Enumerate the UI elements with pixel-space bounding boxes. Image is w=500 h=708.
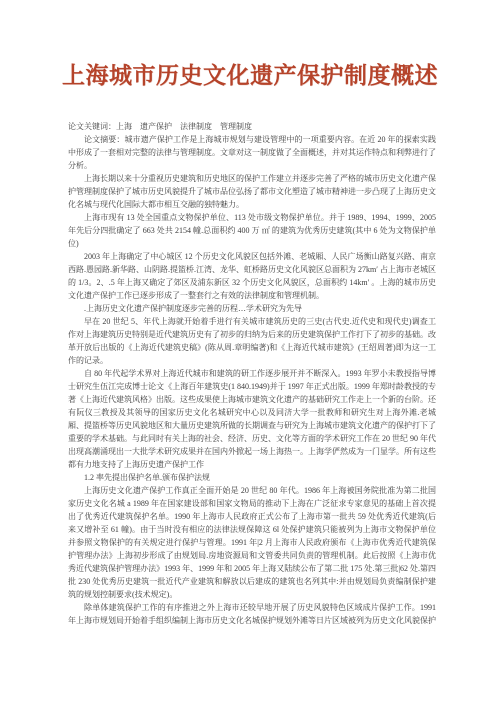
paragraph: 上海历史文化遗产保护工作真正全面开始是 20 世纪 80 年代。1986 年上海… [68, 484, 436, 601]
paragraph: 早在 20 世纪 5、年代上海就开始着手进行有关城市建筑历史的三史(古代史.近代… [68, 315, 436, 367]
paragraph: 上海市现有 13 处全国重点文物保护单位、113 处市级文物保护单位。并于 19… [68, 211, 436, 250]
paragraph: 1.2 率先提出保护名单.颁布保护法规 [68, 471, 436, 484]
paragraph: 2003 年上海确定了中心城区 12 个历史文化风貌区包括外滩、老城厢、人民广场… [68, 250, 436, 302]
paragraph: 论文关键词：上海 遗产保护 法律制度 管理制度 [68, 120, 436, 133]
paragraph: .上海历史文化遗产保护制度逐步完善的历程…学术研究为先导 [68, 302, 436, 315]
document-title: 上海城市历史文化遗产保护制度概述 [0, 0, 500, 90]
document-page: 上海城市历史文化遗产保护制度概述 论文关键词：上海 遗产保护 法律制度 管理制度… [0, 0, 500, 708]
paragraph: 论文摘要：城市遗产保护工作是上海城市规划与建设管理中的一项重要内容。在近 20 … [68, 133, 436, 172]
paragraph: 上海长期以来十分重视历史建筑和历史地区的保护工作建立并逐步完善了严格的城市历史文… [68, 172, 436, 211]
paragraph: 除单体建筑保护工作的有序推进之外上海市还较早地开展了历史风貌特色区域成片保护工作… [68, 601, 436, 627]
paragraph: 自 80 年代起学术界对上海近代城市和建筑的研工作逐步展开并不断深入。1993 … [68, 367, 436, 471]
document-body: 论文关键词：上海 遗产保护 法律制度 管理制度论文摘要：城市遗产保护工作是上海城… [68, 120, 436, 627]
